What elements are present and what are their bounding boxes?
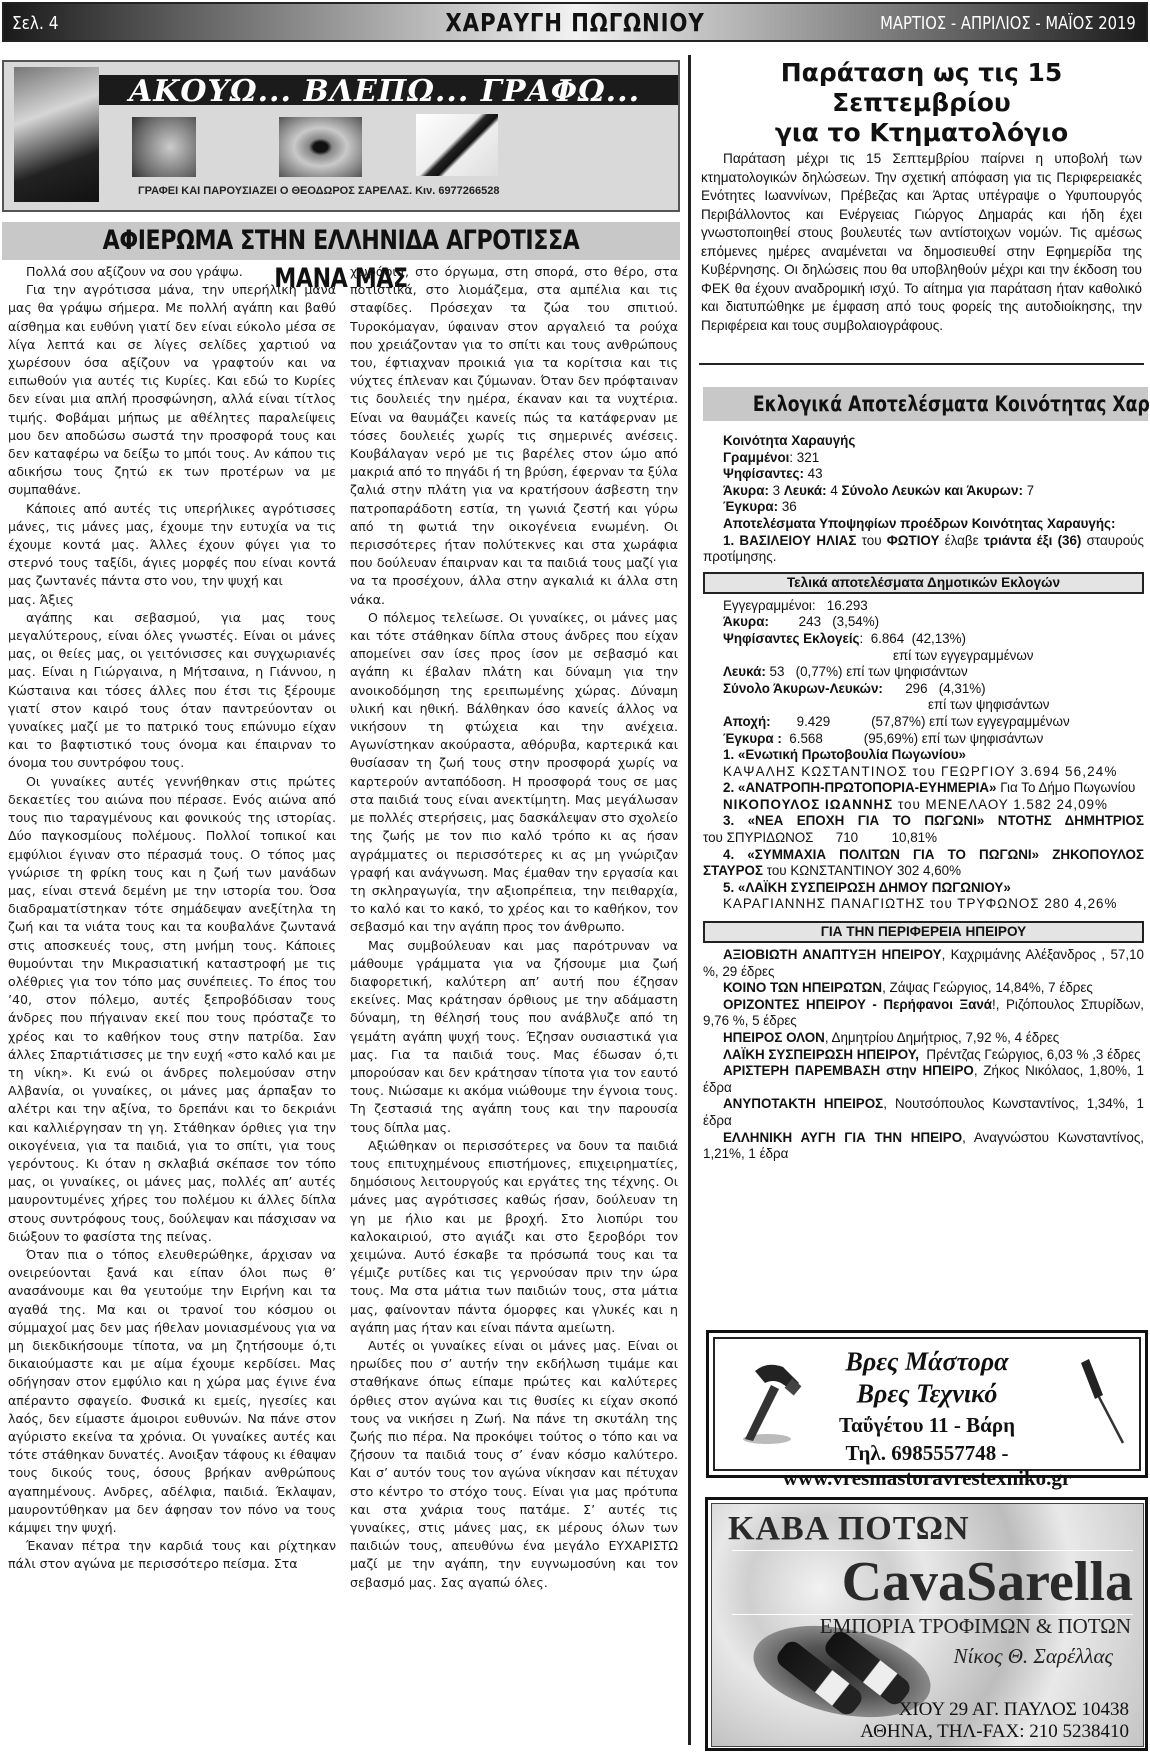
label: Έγκυρα:: [723, 499, 778, 514]
paragraph: χωράφια, στο όργωμα, στη σπορά, στο θέρο…: [350, 263, 678, 609]
paragraph: Παράταση μέχρι τις 15 Σεπτεμβρίου παίρνε…: [701, 150, 1142, 335]
region-results: ΑΞΙΟΒΙΩΤΗ ΑΝΑΠΤΥΞΗ ΗΠΕΙΡΟΥ, Καχριμάνης Α…: [703, 947, 1144, 1163]
ad-owner: Νίκος Θ. Σαρέλλας: [954, 1644, 1113, 1669]
region-results-title: ΓΙΑ ΤΗΝ ΠΕΡΙΦΕΡΕΙΑ ΗΠΕΙΡΟΥ: [703, 921, 1144, 943]
text: έλαβε: [945, 533, 979, 548]
label: Ψηφίσαντες Εκλογείς: [723, 631, 860, 646]
elections-title: Εκλογικά Αποτελέσματα Κοινότητας Χαραυγή…: [703, 387, 1148, 421]
invalid-count: 243: [799, 614, 821, 629]
winner-name: 1. ΒΑΣΙΛΕΙΟΥ ΗΛΙΑΣ: [723, 533, 856, 548]
masthead: Σελ. 4 ΧΑΡΑΥΓΗ ΠΩΓΩΝΙΟΥ ΜΑΡΤΙΟΣ - ΑΠΡΙΛΙ…: [2, 2, 1148, 42]
paragraph: Για την αγρότισσα μάνα, την υπερήλικη μά…: [8, 281, 336, 499]
label: Άκυρα:: [723, 483, 769, 498]
candidate-result: ΚΑΨΑΛΗΣ ΚΩΣΤΑΝΤΙΝΟΣ του ΓΕΩΡΓΙΟΥ 3.694 5…: [703, 764, 1144, 781]
label: Σύνολο Άκυρων-Λευκών:: [723, 681, 883, 696]
page-number: Σελ. 4: [12, 13, 58, 34]
paragraph: Αξιώθηκαν οι περισσότερες να δουν τα παι…: [350, 1137, 678, 1337]
paragraph: Κάποιες από αυτές τις υπερήλικες αγρότισ…: [8, 500, 336, 591]
candidate-result: του ΣΠΥΡΙΔΩΝΟΣ 710 10,81%: [703, 830, 937, 845]
article-column-1: Πολλά σου αξίζουν να σου γράψω. Για την …: [8, 263, 336, 1574]
abstain-pct: (57,87%) επί των εγγεγραμμένων: [871, 714, 1070, 729]
ad-contact: Τηλ. 6985557748 - www.vresmastoravrestex…: [715, 1441, 1139, 1491]
abstain-count: 9.429: [797, 714, 831, 729]
paragraph: Οι γυναίκες αυτές γεννήθηκαν στις πρώτες…: [8, 773, 336, 1246]
label: Σύνολο Λευκών και Άκυρων:: [842, 483, 1023, 498]
voters-pct: (42,13%): [912, 631, 966, 646]
ad-address-1: ΧΙΟΥ 29 ΑΓ. ΠΑΥΛΟΣ 10438: [899, 1699, 1129, 1721]
paragraph: μας. Άξιες: [8, 591, 336, 609]
valid-count: 36: [782, 499, 797, 514]
total-count: 296: [905, 681, 927, 696]
blank-pct: (0,77%) επί των ψηφισάντων: [796, 664, 968, 679]
community-name: Κοινότητα Χαραυγής: [723, 433, 855, 448]
ad-address-2: ΑΘΗΝΑ, ΤΗΛ-FAX: 210 5238410: [860, 1721, 1129, 1743]
ad-address: Ταΰγέτου 11 - Βάρη: [715, 1413, 1139, 1438]
total-invalid-blank: 7: [1027, 483, 1034, 498]
label: Λευκά:: [784, 483, 827, 498]
article-headline: ΑΦΙΕΡΩΜΑ ΣΤΗΝ ΕΛΛΗΝΙΔΑ ΑΓΡΟΤΙΣΣΑ ΜΑΝΑ ΜΑ…: [2, 222, 680, 260]
candidate-result: του ΜΕΝΕΛΑΟΥ 1.582 24,09%: [898, 797, 1108, 812]
region-result-row: ΟΡΙΖΟΝΤΕΣ ΗΠΕΙΡΟΥ - Περήφανοι Ξανά!, Ριζ…: [703, 997, 1144, 1030]
paragraph: Έκαναν πέτρα την καρδιά τους και ρίχτηκα…: [8, 1537, 336, 1573]
invalid-pct: (3,54%): [832, 614, 879, 629]
label: Ψηφίσαντες:: [723, 466, 804, 481]
winner-father: ΦΩΤΙΟΥ: [887, 533, 940, 548]
party-name: ΛΑΪΚΗ ΣΥΣΠΕΙΡΩΣΗ ΗΠΕΙΡΟΥ,: [723, 1047, 919, 1062]
region-result-row: ΑΞΙΟΒΙΩΤΗ ΑΝΑΠΤΥΞΗ ΗΠΕΙΡΟΥ, Καχριμάνης Α…: [703, 947, 1144, 980]
candidate-result: του ΚΩΝΣΤΑΝΤΙΝΟΥ 302 4,60%: [767, 863, 961, 878]
candidates-heading: Αποτελέσματα Υποψηφίων προέδρων Κοινότητ…: [723, 516, 1115, 531]
column-slogan: ΑΚΟΥΩ... ΒΛΕΠΩ... ΓΡΑΦΩ...: [129, 74, 640, 109]
party-name: 5. «ΛΑΪΚΗ ΣΥΣΠΕΙΡΩΣΗ ΔΗΜΟΥ ΠΩΓΩΝΙΟΥ»: [723, 880, 1011, 895]
valid-pct: (95,69%) επί των ψηφισάντων: [864, 731, 1044, 746]
elections-title-text: Εκλογικά Αποτελέσματα Κοινότητας Χαραυγή…: [753, 387, 1150, 421]
party-name: 1. «Ενωτική Πρωτοβουλία Πωγωνίου»: [723, 747, 966, 762]
right-column: Παράταση ως τις 15 Σεπτεμβρίου για το Κτ…: [695, 55, 1148, 1163]
party-name: ΑΞΙΟΒΙΩΤΗ ΑΝΑΠΤΥΞΗ ΗΠΕΙΡΟΥ: [723, 947, 942, 962]
blank-count: 4: [830, 483, 837, 498]
ear-photo: [132, 117, 196, 177]
cadastre-headline-line-2: για το Κτηματολόγιο: [695, 118, 1148, 148]
pen-photo: [416, 114, 498, 176]
column-credit: ΓΡΑΦΕΙ ΚΑΙ ΠΑΡΟΥΣΙΑΖΕΙ Ο ΘΕΟΔΩΡΟΣ ΣΑΡΕΛΑ…: [138, 185, 500, 197]
ad-frame: ΚΑΒΑ ΠΟΤΩΝ CavaSarella ΕΜΠΟΡΙΑ ΤΡΟΦΙΜΩΝ …: [711, 1503, 1144, 1747]
label: Λευκά:: [723, 664, 766, 679]
author-portrait-photo: [14, 67, 99, 202]
column-banner: ΑΚΟΥΩ... ΒΛΕΠΩ... ΓΡΑΦΩ... ΓΡΑΦΕΙ ΚΑΙ ΠΑ…: [2, 60, 680, 212]
label: Εγγεγραμμένοι:: [723, 598, 816, 613]
paragraph: Αυτές οι γυναίκες είναι οι μάνες μας. Εί…: [350, 1337, 678, 1592]
party-suffix: Για Το Δήμο Πωγωνίου: [1000, 780, 1135, 795]
party-name: 2. «ΑΝΑΤΡΟΠΗ-ΠΡΩΤΟΠΟΡΙΑ-ΕΥΗΜΕΡΙΑ»: [723, 780, 997, 795]
article-column-2: χωράφια, στο όργωμα, στη σπορά, στο θέρο…: [350, 263, 678, 1592]
result-detail: , Ζάψας Γεώργιος, 14,84%, 7 έδρες: [882, 980, 1093, 995]
section-divider: [699, 363, 1144, 365]
ad-line-1: Βρες Μάστορα: [715, 1347, 1139, 1377]
eye-photo: [279, 117, 362, 177]
ad-kava-label: ΚΑΒΑ ΠΟΤΩΝ: [728, 1510, 970, 1548]
party-name: ΟΡΙΖΟΝΤΕΣ ΗΠΕΙΡΟΥ - Περήφανοι Ξανά: [723, 997, 992, 1012]
candidate-result: ΚΑΡΑΓΙΑΝΝΗΣ ΠΑΝΑΓΙΩΤΗΣ του ΤΡΥΦΩΝΟΣ 280 …: [703, 896, 1144, 913]
blank-count: 53: [770, 664, 785, 679]
issue-date: ΜΑΡΤΙΟΣ - ΑΠΡΙΛΙΟΣ - ΜΑΪΟΣ 2019: [880, 13, 1136, 34]
party-name: 3. «ΝΕΑ ΕΠΟΧΗ ΓΙΑ ΤΟ ΠΩΓΩΝΙ» ΝΤΟΤΗΣ ΔΗΜΗ…: [723, 813, 1144, 828]
party-name: ΑΡΙΣΤΕΡΗ ΠΑΡΕΜΒΑΣΗ στην ΗΠΕΙΡΟ: [723, 1063, 974, 1078]
ad-frame: Βρες Μάστορα Βρες Τεχνικό Ταΰγέτου 11 - …: [713, 1337, 1141, 1471]
cadastre-headline: Παράταση ως τις 15 Σεπτεμβρίου για το Κτ…: [695, 58, 1148, 148]
municipal-results-title: Τελικά αποτελέσματα Δημοτικών Εκλογών: [703, 572, 1144, 594]
paragraph: Όταν πια ο τόπος ελευθερώθηκε, άρχισαν ν…: [8, 1246, 336, 1537]
cavasarella-advertisement: ΚΑΒΑ ΠΟΤΩΝ CavaSarella ΕΜΠΟΡΙΑ ΤΡΟΦΙΜΩΝ …: [705, 1497, 1148, 1751]
municipal-results: Εγγεγραμμένοι: 16.293 Άκυρα: 243 (3,54%)…: [703, 598, 1144, 913]
region-result-row: ΑΝΥΠΟΤΑΚΤΗ ΗΠΕΙΡΟΣ, Νουτσόπουλος Κωνσταν…: [703, 1096, 1144, 1129]
ad-brand: CavaSarella: [842, 1550, 1133, 1614]
registered-count: 16.293: [827, 598, 868, 613]
label: Αποχή:: [723, 714, 771, 729]
label: Έγκυρα :: [723, 731, 782, 746]
paragraph: Μας συμβούλευαν και μας παρότρυναν να μά…: [350, 937, 678, 1137]
candidate-name: ΝΙΚΟΠΟΥΛΟΣ ΙΩΑΝΝΗΣ: [723, 797, 893, 812]
region-result-row: ΚΟΙΝΟ ΤΩΝ ΗΠΕΙΡΩΤΩΝ, Ζάψας Γεώργιος, 14,…: [703, 980, 1144, 997]
paragraph: Πολλά σου αξίζουν να σου γράψω.: [8, 263, 336, 281]
screwdriver-icon: [1077, 1357, 1127, 1445]
ad-line-2: Βρες Τεχνικό: [715, 1379, 1139, 1409]
craftsman-advertisement: Βρες Μάστορα Βρες Τεχνικό Ταΰγέτου 11 - …: [706, 1330, 1148, 1478]
cadastre-body: Παράταση μέχρι τις 15 Σεπτεμβρίου παίρνε…: [701, 150, 1142, 335]
total-pct: (4,31%): [939, 681, 986, 696]
note: επί των ψηφισάντων: [703, 697, 1144, 714]
party-name: ΚΟΙΝΟ ΤΩΝ ΗΠΕΙΡΩΤΩΝ: [723, 980, 882, 995]
region-result-row: ΛΑΪΚΗ ΣΥΣΠΕΙΡΩΣΗ ΗΠΕΙΡΟΥ, Πρέντζας Γεώργ…: [703, 1047, 1144, 1064]
region-result-row: ΑΡΙΣΤΕΡΗ ΠΑΡΕΜΒΑΣΗ στην ΗΠΕΙΡΟ, Ζήκος Νι…: [703, 1063, 1144, 1096]
party-name: ΕΛΛΗΝΙΚΗ ΑΥΓΗ ΓΙΑ ΤΗΝ ΗΠΕΙΡΟ: [723, 1130, 962, 1145]
registered-count: 321: [797, 450, 819, 465]
region-result-row: ΗΠΕΙΡΟΣ ΟΛΟΝ, Δημητρίου Δημήτριος, 7,92 …: [703, 1030, 1144, 1047]
ad-subtitle: ΕΜΠΟΡΙΑ ΤΡΟΦΙΜΩΝ & ΠΟΤΩΝ: [820, 1614, 1131, 1639]
text: του: [862, 533, 882, 548]
note: επί των εγγεγραμμένων: [703, 648, 1144, 665]
paragraph: αγάπης και σεβασμού, για μας τους μεγαλύ…: [8, 609, 336, 773]
label: Γραμμένοι: [723, 450, 789, 465]
valid-count: 6.568: [789, 731, 823, 746]
voters-count: 6.864: [871, 631, 905, 646]
result-detail: Πρέντζας Γεώργιος, 6,03 % ,3 έδρες: [919, 1047, 1141, 1062]
result-detail: , Δημητρίου Δημήτριος, 7,92 %, 4 έδρες: [825, 1030, 1059, 1045]
region-result-row: ΕΛΛΗΝΙΚΗ ΑΥΓΗ ΓΙΑ ΤΗΝ ΗΠΕΙΡΟ, Αναγνώστου…: [703, 1130, 1144, 1163]
cadastre-headline-line-1: Παράταση ως τις 15 Σεπτεμβρίου: [695, 58, 1148, 118]
community-results: Κοινότητα Χαραυγής Γραμμένοι: 321 Ψηφίσα…: [703, 433, 1144, 566]
winner-votes: τριάντα έξι (36): [984, 533, 1082, 548]
column-divider: [688, 55, 691, 1745]
invalid-count: 3: [773, 483, 780, 498]
party-name: ΗΠΕΙΡΟΣ ΟΛΟΝ: [723, 1030, 825, 1045]
paragraph: Ο πόλεμος τελείωσε. Οι γυναίκες, οι μάνε…: [350, 609, 678, 937]
voted-count: 43: [808, 466, 823, 481]
label: Άκυρα:: [723, 614, 769, 629]
party-name: ΑΝΥΠΟΤΑΚΤΗ ΗΠΕΙΡΟΣ: [723, 1096, 883, 1111]
